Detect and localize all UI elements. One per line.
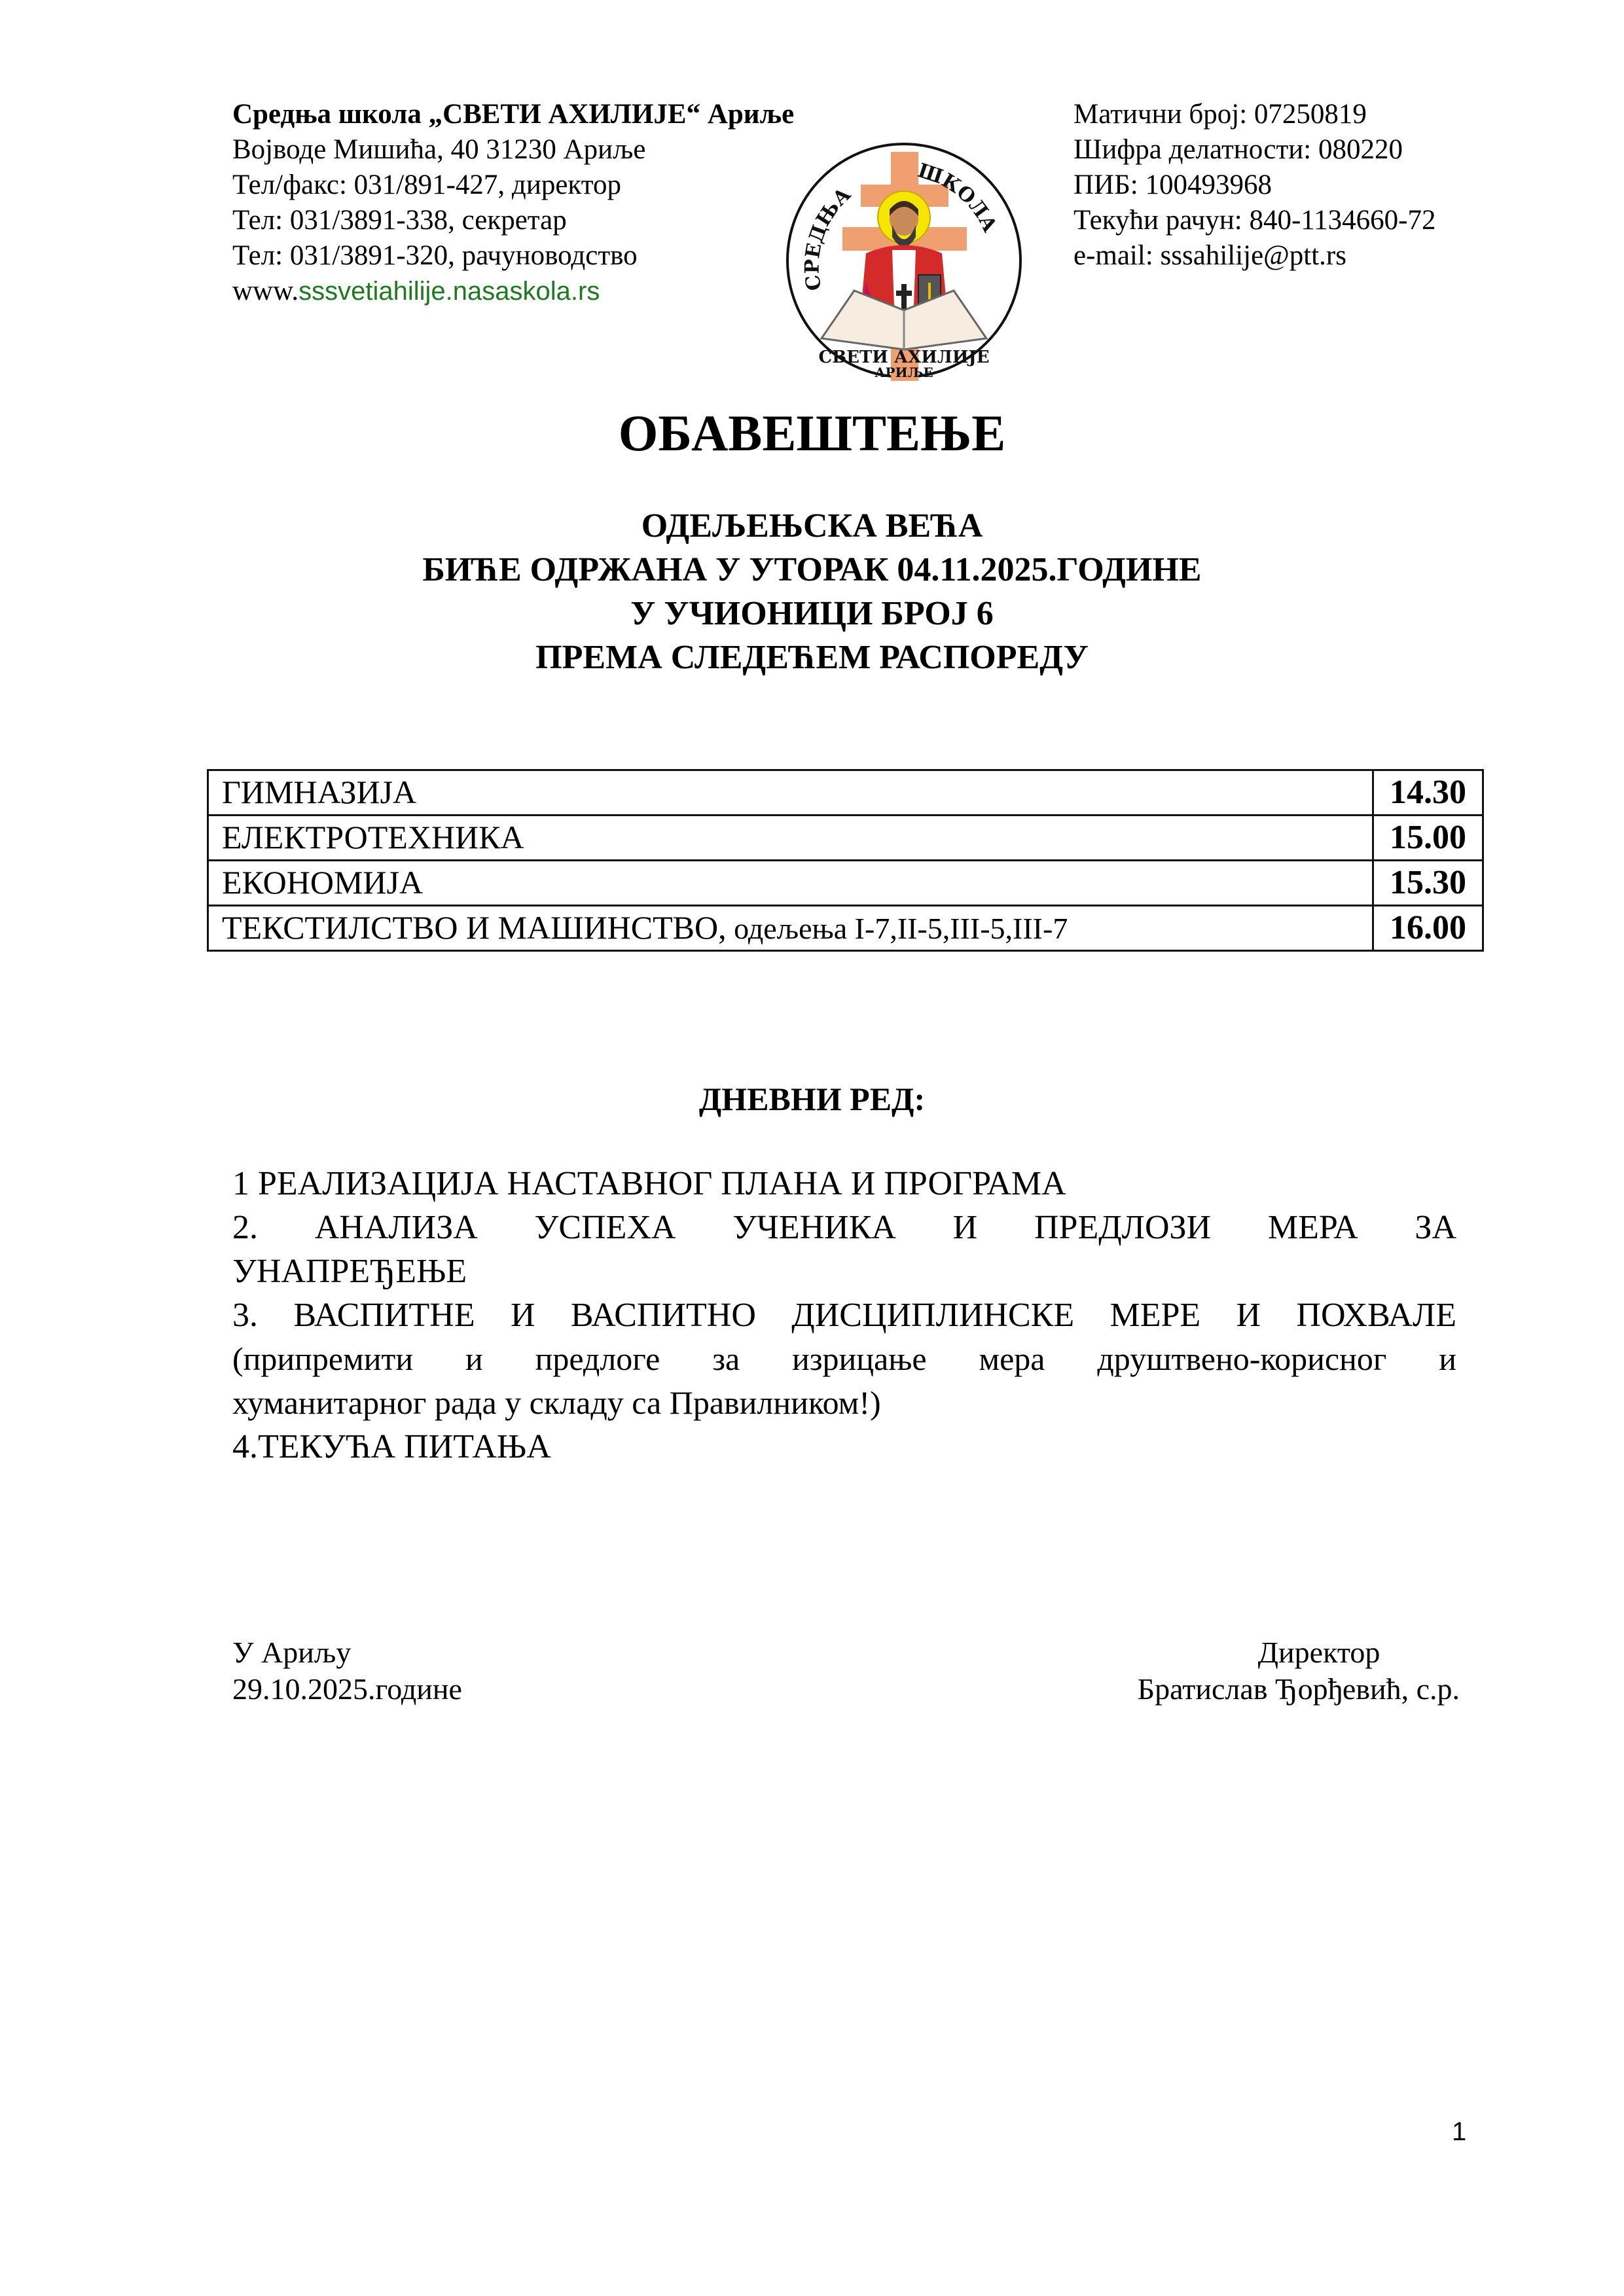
- school-emblem-icon: СРЕДЊА ШКОЛА СВЕТИ АХИЛИЈЕ АРИЉЕ: [782, 139, 1026, 382]
- time-cell: 15.30: [1373, 861, 1483, 906]
- school-address: Војводе Мишића, 40 31230 Ариље: [232, 132, 794, 168]
- date: 29.10.2025.године: [232, 1671, 462, 1708]
- school-info: Средња школа „СВЕТИ АХИЛИЈЕ“ Ариље Војво…: [232, 97, 794, 309]
- subtitle-line: ОДЕЉЕЊСКА ВЕЋА: [0, 504, 1624, 548]
- subtitle-line: ПРЕМА СЛЕДЕЋЕМ РАСПОРЕДУ: [0, 636, 1624, 679]
- website-prefix: www.: [232, 276, 298, 306]
- agenda-item: 1 РЕАЛИЗАЦИЈА НАСТАВНОГ ПЛАНА И ПРОГРАМА: [232, 1162, 1456, 1206]
- phone-accounting: Тел: 031/3891-320, рачуноводство: [232, 238, 794, 274]
- meeting-announcement: ОДЕЉЕЊСКА ВЕЋА БИЋЕ ОДРЖАНА У УТОРАК 04.…: [0, 504, 1624, 679]
- signature-block: Директор Братислав Ђорђевић, с.р.: [1106, 1634, 1460, 1708]
- place-and-date: У Ариљу 29.10.2025.године: [232, 1634, 462, 1708]
- page-title: ОБАВЕШТЕЊЕ: [0, 401, 1624, 466]
- table-row: ТЕКСТИЛСТВО И МАШИНСТВО, одељења I-7,II-…: [208, 906, 1483, 951]
- page-number: 1: [1452, 2117, 1466, 2147]
- agenda-list: 1 РЕАЛИЗАЦИЈА НАСТАВНОГ ПЛАНА И ПРОГРАМА…: [232, 1162, 1456, 1469]
- website[interactable]: www.sssvetiahilije.nasaskola.rs: [232, 274, 794, 309]
- time-cell: 16.00: [1373, 906, 1483, 951]
- signatory-name: Братислав Ђорђевић, с.р.: [1138, 1672, 1460, 1706]
- svg-text:АРИЉЕ: АРИЉЕ: [875, 365, 933, 380]
- school-name: Средња школа „СВЕТИ АХИЛИЈЕ“ Ариље: [232, 97, 794, 132]
- subtitle-line: БИЋЕ ОДРЖАНА У УТОРАК 04.11.2025.ГОДИНЕ: [0, 548, 1624, 592]
- email[interactable]: e-mail: sssahilije@ptt.rs: [1074, 238, 1436, 274]
- agenda-item-note: хуманитарног рада у складу са Правилнико…: [232, 1381, 1456, 1425]
- agenda-item: 2. АНАЛИЗА УСПЕХА УЧЕНИКА И ПРЕДЛОЗИ МЕР…: [232, 1206, 1456, 1249]
- school-registry-info: Матични број: 07250819 Шифра делатности:…: [1074, 97, 1436, 274]
- department-cell: ГИМНАЗИЈА: [208, 770, 1373, 816]
- signatory-role: Директор: [1106, 1634, 1460, 1671]
- activity-code: Шифра делатности: 080220: [1074, 132, 1436, 168]
- department-cell: ЕЛЕКТРОТЕХНИКА: [208, 816, 1373, 861]
- time-cell: 15.00: [1373, 816, 1483, 861]
- phone-director: Тел/факс: 031/891-427, директор: [232, 168, 794, 203]
- table-row: ГИМНАЗИЈА 14.30: [208, 770, 1483, 816]
- registry-number: Матични број: 07250819: [1074, 97, 1436, 132]
- website-link[interactable]: sssvetiahilije.nasaskola.rs: [298, 277, 600, 306]
- place: У Ариљу: [232, 1634, 462, 1671]
- bank-account: Текући рачун: 840-1134660-72: [1074, 203, 1436, 238]
- table-row: ЕКОНОМИЈА 15.30: [208, 861, 1483, 906]
- agenda-title: ДНЕВНИ РЕД:: [0, 1080, 1624, 1118]
- phone-secretary: Тел: 031/3891-338, секретар: [232, 203, 794, 238]
- tax-id: ПИБ: 100493968: [1074, 168, 1436, 203]
- agenda-item-note: (припремити и предлоге за изрицање мера …: [232, 1337, 1456, 1381]
- table-row: ЕЛЕКТРОТЕХНИКА 15.00: [208, 816, 1483, 861]
- schedule-table: ГИМНАЗИЈА 14.30 ЕЛЕКТРОТЕХНИКА 15.00 ЕКО…: [207, 769, 1484, 952]
- subtitle-line: У УЧИОНИЦИ БРОЈ 6: [0, 592, 1624, 636]
- agenda-item: 3. ВАСПИТНЕ И ВАСПИТНО ДИСЦИПЛИНСКЕ МЕРЕ…: [232, 1293, 1456, 1337]
- department-cell: ТЕКСТИЛСТВО И МАШИНСТВО, одељења I-7,II-…: [208, 906, 1373, 951]
- agenda-item: 4.ТЕКУЋА ПИТАЊА: [232, 1425, 1456, 1469]
- department-cell: ЕКОНОМИЈА: [208, 861, 1373, 906]
- agenda-item-continuation: УНАПРЕЂЕЊЕ: [232, 1249, 1456, 1293]
- time-cell: 14.30: [1373, 770, 1483, 816]
